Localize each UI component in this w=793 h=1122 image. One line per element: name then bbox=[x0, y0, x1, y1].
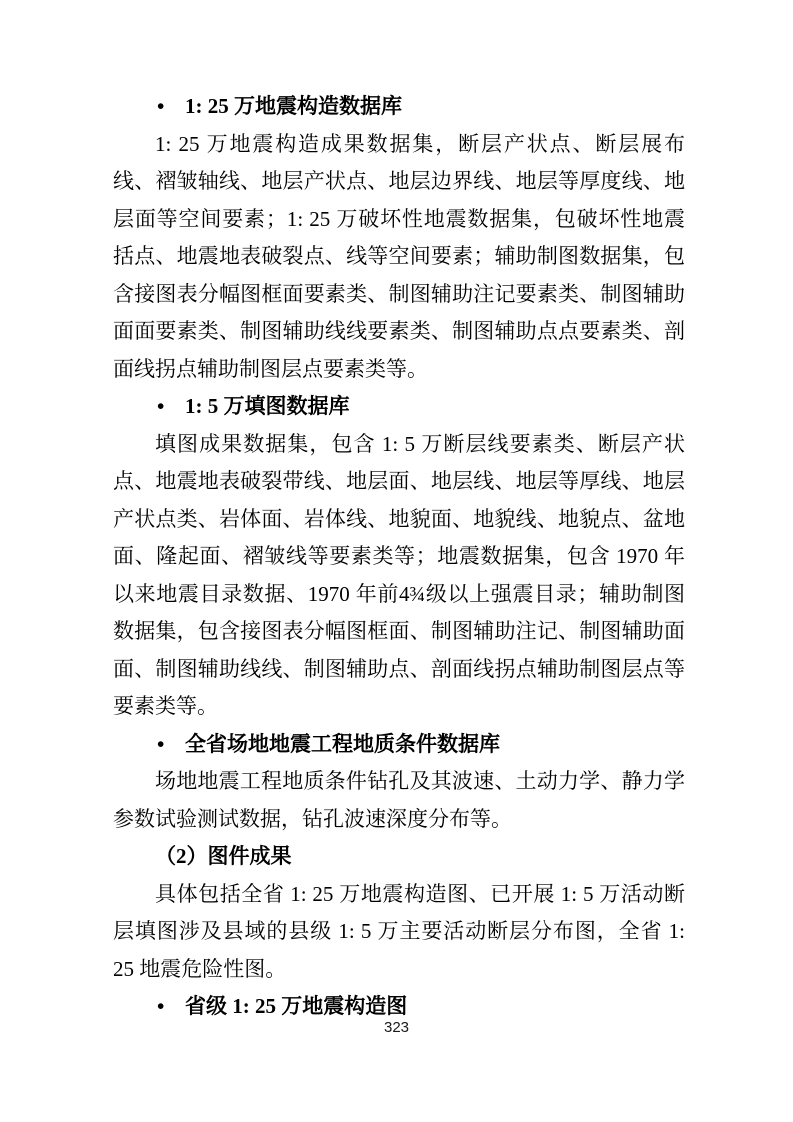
paragraph: 填图成果数据集，包含 1: 5 万断层线要素类、断层产状点、地震地表破裂带线、地… bbox=[113, 426, 685, 726]
bullet-heading: •全省场地地震工程地质条件数据库 bbox=[113, 726, 685, 764]
document-page: •1: 25 万地震构造数据库1: 25 万地震构造成果数据集，断层产状点、断层… bbox=[0, 0, 793, 1122]
page-footer: 323 bbox=[0, 1019, 793, 1037]
bullet-icon: • bbox=[157, 88, 185, 126]
heading-text: 1: 5 万填图数据库 bbox=[185, 394, 350, 418]
document-body: •1: 25 万地震构造数据库1: 25 万地震构造成果数据集，断层产状点、断层… bbox=[113, 88, 685, 1026]
paragraph: 1: 25 万地震构造成果数据集，断层产状点、断层展布线、褶皱轴线、地层产状点、… bbox=[113, 126, 685, 389]
paragraph: 具体包括全省 1: 25 万地震构造图、已开展 1: 5 万活动断层填图涉及县域… bbox=[113, 876, 685, 989]
page-number: 323 bbox=[384, 1019, 409, 1036]
section-heading: （2）图件成果 bbox=[113, 838, 685, 876]
bullet-heading: •1: 5 万填图数据库 bbox=[113, 388, 685, 426]
heading-text: 1: 25 万地震构造数据库 bbox=[185, 94, 402, 118]
bullet-heading: •1: 25 万地震构造数据库 bbox=[113, 88, 685, 126]
paragraph: 场地地震工程地质条件钻孔及其波速、土动力学、静力学参数试验测试数据，钻孔波速深度… bbox=[113, 763, 685, 838]
bullet-icon: • bbox=[157, 726, 185, 764]
bullet-icon: • bbox=[157, 388, 185, 426]
heading-text: 省级 1: 25 万地震构造图 bbox=[185, 994, 407, 1018]
heading-text: 全省场地地震工程地质条件数据库 bbox=[185, 732, 500, 756]
